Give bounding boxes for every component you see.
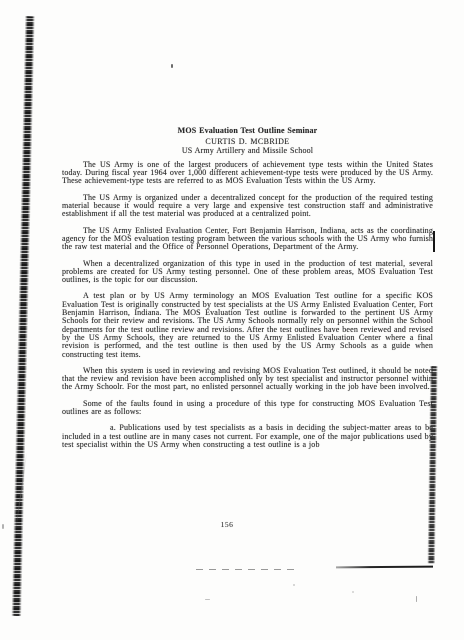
scan-speck	[2, 524, 4, 529]
scan-artifact-faint-dashes	[196, 569, 300, 570]
scan-artifact-horizontal-line	[336, 566, 433, 569]
body-paragraph: When a decentralized organization of thi…	[62, 260, 433, 285]
body-paragraph: The US Army is one of the largest produc…	[62, 161, 433, 186]
page-number: 156	[212, 520, 242, 529]
body-paragraph-list-item: a. Publications used by test specialists…	[62, 424, 433, 449]
author-affiliation: US Army Artillery and Missile School	[62, 147, 433, 155]
body-paragraph: When this system is used in reviewing an…	[62, 367, 433, 392]
document-title: MOS Evaluation Test Outline Seminar	[62, 127, 433, 135]
scan-speck	[171, 64, 173, 68]
scan-speck	[293, 584, 295, 586]
scan-speck	[416, 596, 417, 602]
body-paragraph: Some of the faults found in using a proc…	[62, 400, 433, 417]
scan-speck	[352, 591, 354, 593]
scanned-page: MOS Evaluation Test Outline Seminar CURT…	[0, 0, 464, 640]
body-paragraph: The US Army is organized under a decentr…	[62, 194, 433, 219]
scan-artifact-vertical-tick	[433, 231, 435, 252]
document-body: MOS Evaluation Test Outline Seminar CURT…	[62, 127, 433, 449]
body-paragraph: The US Army Enlisted Evaluation Center, …	[62, 227, 433, 252]
scan-speck	[205, 599, 210, 600]
body-paragraph: A test plan or by US Army terminology an…	[62, 292, 433, 358]
